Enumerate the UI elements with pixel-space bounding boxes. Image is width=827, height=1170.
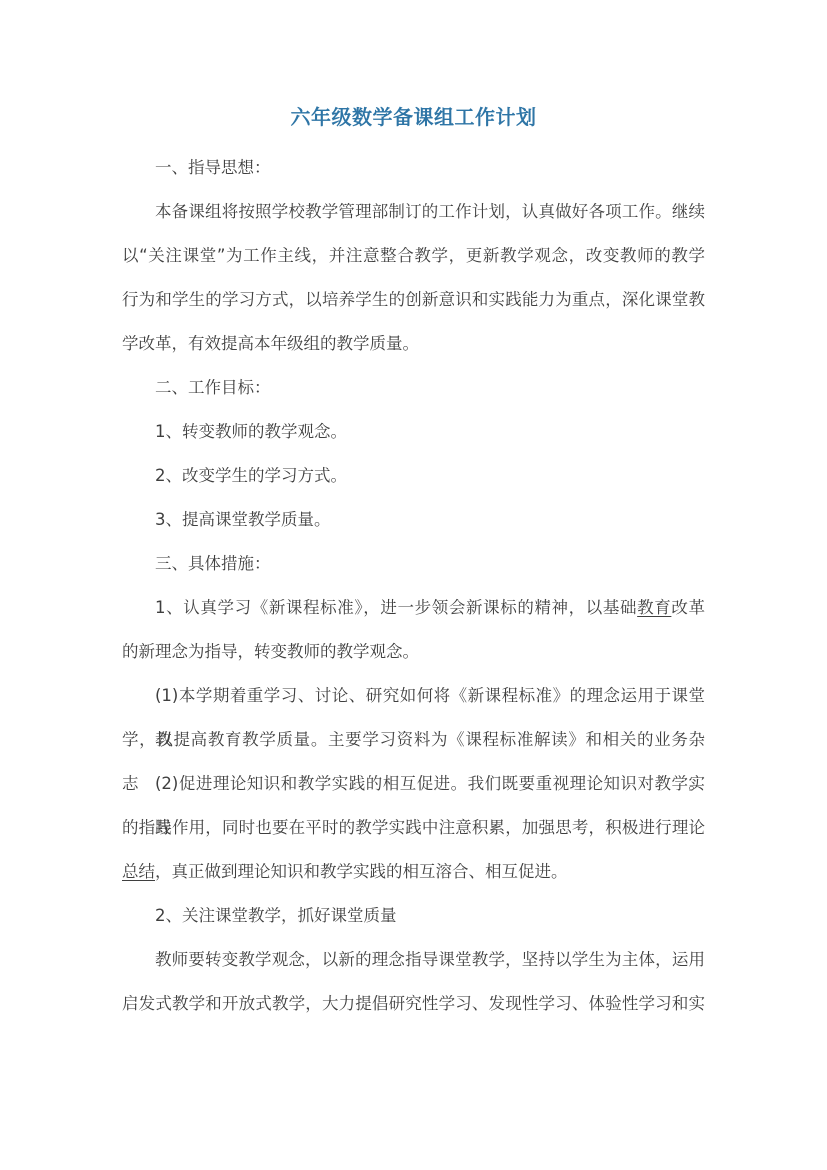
heading-work-goals: 二、工作目标：: [122, 366, 705, 410]
heading-guiding-ideology: 一、指导思想：: [122, 146, 705, 190]
measure-1-sub-2-line-3: 总结，真正做到理论知识和教学实践的相互溶合、相互促进。: [122, 850, 705, 894]
document-page: 六年级数学备课组工作计划 一、指导思想：本备课组将按照学校教学管理部制订的工作计…: [0, 0, 827, 1170]
text-segment: 的新理念为指导，转变教师的教学观念。: [122, 642, 419, 661]
heading-specific-measures: 三、具体措施：: [122, 542, 705, 586]
measure-1-sub-1-line-1: (1)本学期着重学习、讨论、研究如何将《新课程标准》的理念运用于课堂教: [122, 674, 705, 718]
para-1-line-1: 本备课组将按照学校教学管理部制订的工作计划，认真做好各项工作。继续: [122, 190, 705, 234]
text-segment: 1、转变教师的教学观念。: [155, 422, 347, 441]
measure-1-sub-1-line-2: 学，以提高教育教学质量。主要学习资料为《课程标准解读》和相关的业务杂志。: [122, 718, 705, 762]
text-segment: 三、具体措施：: [155, 554, 271, 573]
text-segment: 二、工作目标：: [155, 378, 271, 397]
measure-2-heading: 2、关注课堂教学，抓好课堂质量: [122, 894, 705, 938]
doc-body: 一、指导思想：本备课组将按照学校教学管理部制订的工作计划，认真做好各项工作。继续…: [122, 146, 705, 1026]
text-segment: 行为和学生的学习方式，以培养学生的创新意识和实践能力为重点，深化课堂教: [122, 290, 705, 309]
text-segment: 2、关注课堂教学，抓好课堂质量: [155, 906, 397, 925]
text-segment: 本备课组将按照学校教学管理部制订的工作计划，认真做好各项工作。继续: [155, 202, 705, 221]
goal-item-2: 2、改变学生的学习方式。: [122, 454, 705, 498]
measure-1-sub-2-line-2: 的指导作用，同时也要在平时的教学实践中注意积累，加强思考，积极进行理论: [122, 806, 705, 850]
text-segment: 一、指导思想：: [155, 158, 271, 177]
measure-1-line-1: 1、认真学习《新课程标准》，进一步领会新课标的精神，以基础教育改革: [122, 586, 705, 630]
para-1-line-3: 行为和学生的学习方式，以培养学生的创新意识和实践能力为重点，深化课堂教: [122, 278, 705, 322]
para-1-line-2: 以“关注课堂”为工作主线，并注意整合教学，更新教学观念，改变教师的教学: [122, 234, 705, 278]
text-segment: 学改革，有效提高本年级组的教学质量。: [122, 334, 419, 353]
document-content: 六年级数学备课组工作计划 一、指导思想：本备课组将按照学校教学管理部制订的工作计…: [0, 0, 827, 1026]
measure-2-line-1: 教师要转变教学观念，以新的理念指导课堂教学，坚持以学生为主体，运用: [122, 938, 705, 982]
measure-1-sub-2-line-1: (2)促进理论知识和教学实践的相互促进。我们既要重视理论知识对教学实践: [122, 762, 705, 806]
underlined-text: 教育: [637, 598, 671, 617]
text-segment: 3、提高课堂教学质量。: [155, 510, 331, 529]
document-title: 六年级数学备课组工作计划: [122, 0, 705, 132]
text-segment: 的指导作用，同时也要在平时的教学实践中注意积累，加强思考，积极进行理论: [122, 818, 705, 837]
measure-1-line-2: 的新理念为指导，转变教师的教学观念。: [122, 630, 705, 674]
text-segment: 2、改变学生的学习方式。: [155, 466, 347, 485]
goal-item-1: 1、转变教师的教学观念。: [122, 410, 705, 454]
text-segment: 改革: [671, 598, 705, 617]
text-segment: 1、认真学习《新课程标准》，进一步领会新课标的精神，以基础: [155, 598, 637, 617]
text-segment: ，真正做到理论知识和教学实践的相互溶合、相互促进。: [155, 862, 568, 881]
goal-item-3: 3、提高课堂教学质量。: [122, 498, 705, 542]
text-segment: 教师要转变教学观念，以新的理念指导课堂教学，坚持以学生为主体，运用: [155, 950, 705, 969]
text-segment: 启发式教学和开放式教学，大力提倡研究性学习、发现性学习、体验性学习和实: [122, 994, 705, 1013]
text-segment: 以“关注课堂”为工作主线，并注意整合教学，更新教学观念，改变教师的教学: [122, 246, 705, 265]
para-1-line-4: 学改革，有效提高本年级组的教学质量。: [122, 322, 705, 366]
measure-2-line-2: 启发式教学和开放式教学，大力提倡研究性学习、发现性学习、体验性学习和实: [122, 982, 705, 1026]
underlined-text: 总结: [122, 862, 155, 881]
